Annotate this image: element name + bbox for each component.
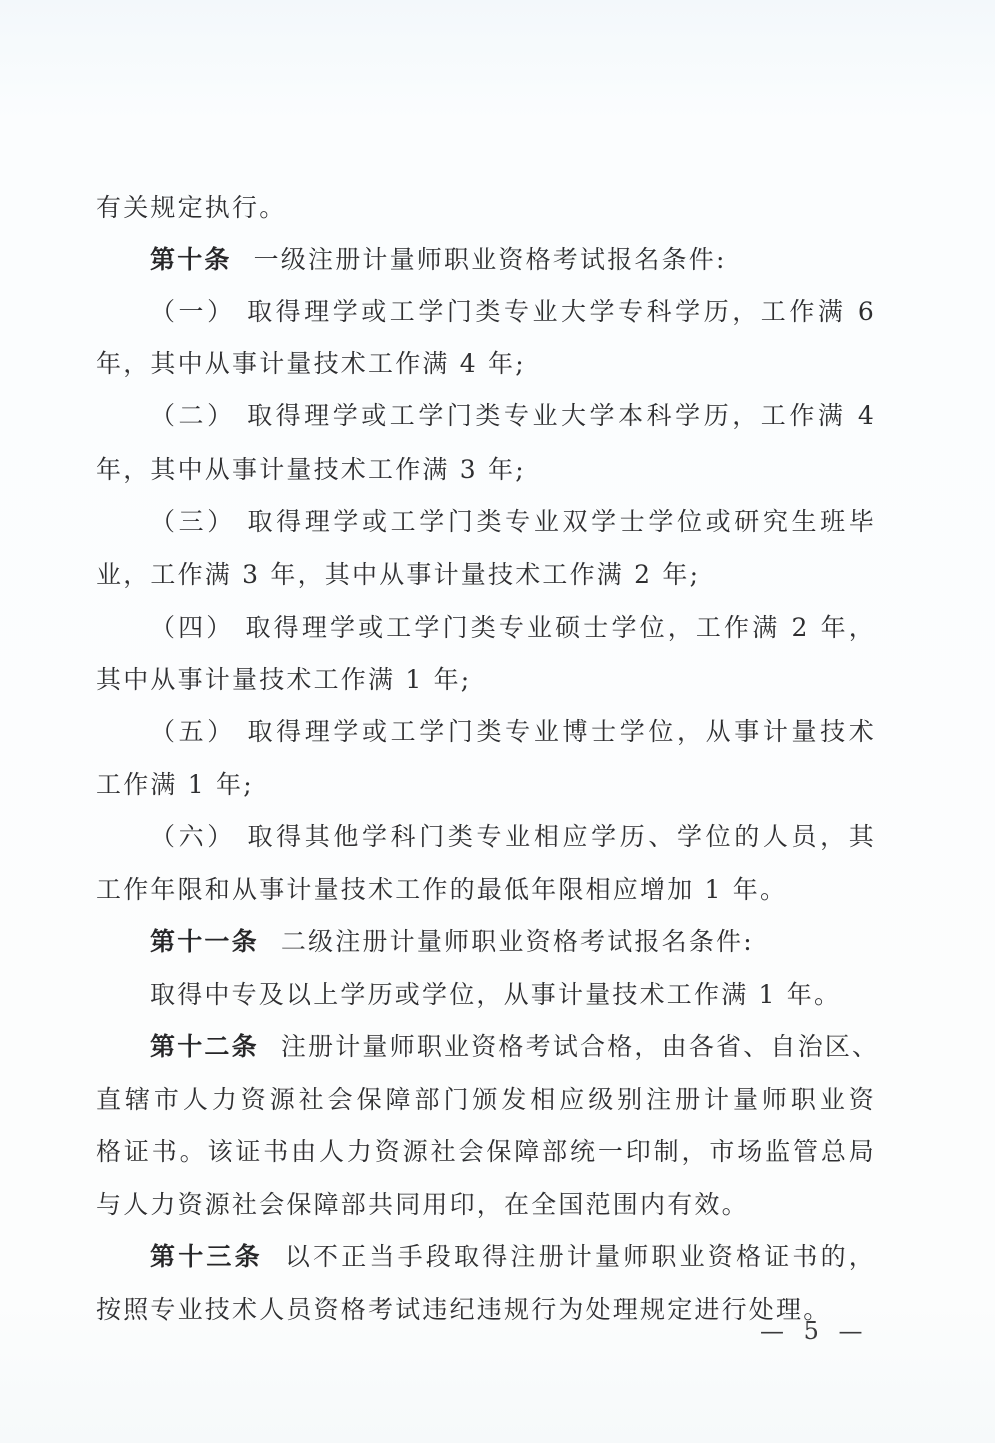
- text-line: （一） 取得理学或工学门类专业大学专科学历，工作满 6: [150, 292, 876, 332]
- line-text: 工作满 1 年;: [96, 770, 254, 799]
- line-text: 取得中专及以上学历或学位，从事计量技术工作满 1 年。: [150, 980, 841, 1009]
- line-text: 二级注册计量师职业资格考试报名条件:: [281, 927, 754, 956]
- line-text: 业，工作满 3 年，其中从事计量技术工作满 2 年;: [96, 560, 700, 589]
- line-text: （二） 取得理学或工学门类专业大学本科学历，工作满 4: [150, 401, 876, 430]
- line-text: 一级注册计量师职业资格考试报名条件:: [254, 245, 727, 274]
- article-10-heading-line: 第十条一级注册计量师职业资格考试报名条件:: [150, 240, 876, 280]
- line-text: 格证书。该证书由人力资源社会保障部统一印制，市场监管总局: [96, 1137, 876, 1166]
- text-line: 取得中专及以上学历或学位，从事计量技术工作满 1 年。: [150, 975, 876, 1015]
- text-line: 与人力资源社会保障部共同用印，在全国范围内有效。: [96, 1185, 876, 1225]
- article-13-heading-line: 第十三条以不正当手段取得注册计量师职业资格证书的，: [150, 1237, 876, 1277]
- text-line: 工作满 1 年;: [96, 765, 876, 805]
- line-text: 与人力资源社会保障部共同用印，在全国范围内有效。: [96, 1190, 749, 1219]
- text-line: 按照专业技术人员资格考试违纪违规行为处理规定进行处理。: [96, 1290, 876, 1330]
- line-text: （四） 取得理学或工学门类专业硕士学位，工作满 2 年，: [150, 613, 876, 642]
- article-heading: 第十一条: [150, 927, 259, 956]
- text-line: 年，其中从事计量技术工作满 4 年;: [96, 344, 876, 384]
- article-12-heading-line: 第十二条注册计量师职业资格考试合格，由各省、自治区、: [150, 1027, 876, 1067]
- line-text: 按照专业技术人员资格考试违纪违规行为处理规定进行处理。: [96, 1295, 830, 1324]
- line-text: 有关规定执行。: [96, 193, 286, 222]
- document-page: 有关规定执行。 第十条一级注册计量师职业资格考试报名条件: （一） 取得理学或工…: [0, 0, 995, 1443]
- line-text: 年，其中从事计量技术工作满 4 年;: [96, 349, 526, 378]
- line-text: 直辖市人力资源社会保障部门颁发相应级别注册计量师职业资: [96, 1085, 876, 1114]
- article-heading: 第十条: [150, 245, 232, 274]
- line-text: 其中从事计量技术工作满 1 年;: [96, 665, 471, 694]
- line-text: 工作年限和从事计量技术工作的最低年限相应增加 1 年。: [96, 875, 787, 904]
- article-11-heading-line: 第十一条二级注册计量师职业资格考试报名条件:: [150, 922, 876, 962]
- text-line: （三） 取得理学或工学门类专业双学士学位或研究生班毕: [150, 502, 876, 542]
- article-heading: 第十三条: [150, 1242, 263, 1271]
- text-line: （五） 取得理学或工学门类专业博士学位，从事计量技术: [150, 712, 876, 752]
- text-line: （六） 取得其他学科门类专业相应学历、学位的人员，其: [150, 817, 876, 857]
- page-number: — 5 —: [760, 1316, 869, 1346]
- text-line: 有关规定执行。: [96, 188, 876, 228]
- article-heading: 第十二条: [150, 1032, 259, 1061]
- text-line: 格证书。该证书由人力资源社会保障部统一印制，市场监管总局: [96, 1132, 876, 1172]
- text-line: 业，工作满 3 年，其中从事计量技术工作满 2 年;: [96, 555, 876, 595]
- text-line: 其中从事计量技术工作满 1 年;: [96, 660, 876, 700]
- line-text: 以不正当手段取得注册计量师职业资格证书的，: [285, 1242, 876, 1271]
- line-text: （五） 取得理学或工学门类专业博士学位，从事计量技术: [150, 717, 876, 746]
- line-text: （三） 取得理学或工学门类专业双学士学位或研究生班毕: [150, 507, 876, 536]
- line-text: 注册计量师职业资格考试合格，由各省、自治区、: [281, 1032, 879, 1061]
- line-text: （六） 取得其他学科门类专业相应学历、学位的人员，其: [150, 822, 876, 851]
- text-line: 直辖市人力资源社会保障部门颁发相应级别注册计量师职业资: [96, 1080, 876, 1120]
- text-line: （二） 取得理学或工学门类专业大学本科学历，工作满 4: [150, 396, 876, 436]
- text-line: 工作年限和从事计量技术工作的最低年限相应增加 1 年。: [96, 870, 876, 910]
- line-text: 年，其中从事计量技术工作满 3 年;: [96, 455, 526, 484]
- text-line: 年，其中从事计量技术工作满 3 年;: [96, 450, 876, 490]
- line-text: （一） 取得理学或工学门类专业大学专科学历，工作满 6: [150, 297, 876, 326]
- text-line: （四） 取得理学或工学门类专业硕士学位，工作满 2 年，: [150, 608, 876, 648]
